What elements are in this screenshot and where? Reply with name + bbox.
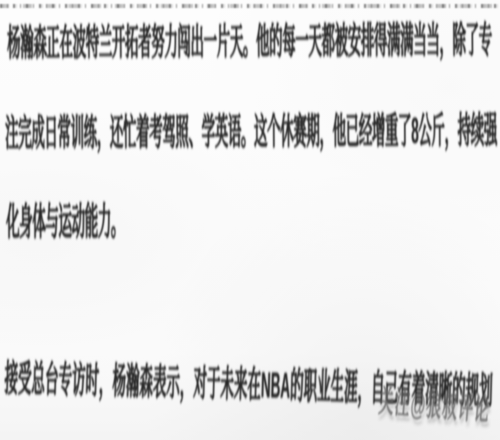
article-paragraph1-line1: 杨瀚森正在波特兰开拓者努力闯出一片天。他的每一天都被安排得满满当当，除了专 — [7, 23, 492, 63]
article-paragraph1-line2: 注完成日常训练，还忙着考驾照、学英语。这个休赛期，他已经增重了8公斤，持续强 — [5, 113, 497, 152]
article-text-photo: 杨瀚森正在波特兰开拓者努力闯出一片天。他的每一天都被安排得满满当当，除了专 注完… — [0, 0, 500, 440]
cropped-text-remnant — [0, 4, 500, 8]
watermark-text: 关注@狼叔评论 — [378, 387, 492, 426]
article-paragraph1-line3: 化身体与运动能力。 — [6, 203, 124, 241]
